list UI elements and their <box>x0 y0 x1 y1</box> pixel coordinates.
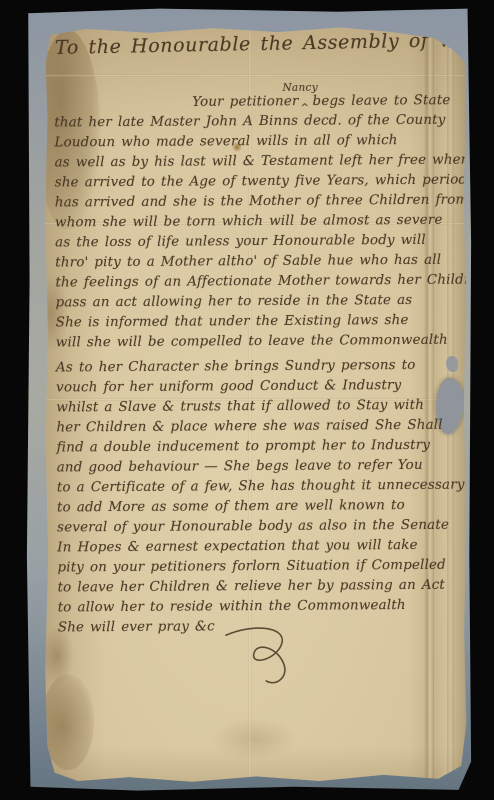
closing-text: She will ever pray &c <box>58 619 215 635</box>
water-stain <box>212 718 296 760</box>
manuscript-line: As to her Character she brings Sundry pe… <box>56 356 464 379</box>
manuscript-line: will she will be compelled to leave the … <box>56 331 464 354</box>
manuscript-line: the feelings of an Affectionate Mother t… <box>55 271 463 294</box>
fold-crease <box>44 74 468 77</box>
opening-after: begs leave to State <box>312 93 450 109</box>
closing-line: She will ever pray &c <box>58 616 466 639</box>
manuscript-line: as the loss of life unless your Honourab… <box>55 231 463 254</box>
manuscript-line: She is informed that under the Existing … <box>56 311 464 334</box>
manuscript-line: thro' pity to a Mother altho' of Sable h… <box>55 251 463 274</box>
paragraph-1: that her late Master John A Binns decd. … <box>54 111 464 354</box>
manuscript-line: several of your Honourable body as also … <box>57 516 465 539</box>
opening-line: Your petitionerNancy^begs leave to State <box>54 91 462 114</box>
manuscript-line: and good behaviour — She begs leave to r… <box>57 456 465 479</box>
manuscript-line: has arrived and she is the Mother of thr… <box>55 191 463 214</box>
manuscript-line: to a Certificate of a few, She has thoug… <box>57 476 465 499</box>
manuscript-line: In Hopes & earnest expectation that you … <box>57 536 465 559</box>
petition-body: Your petitionerNancy^begs leave to State… <box>54 91 466 639</box>
manuscript-line: to leave her Children & relieve her by p… <box>57 576 465 599</box>
manuscript-line: to allow her to reside within the Common… <box>58 596 466 619</box>
manuscript-line: find a double inducement to prompt her t… <box>57 436 465 459</box>
manuscript-line: to add More as some of them are well kno… <box>57 496 465 519</box>
manuscript-paper: To the Honourable the Assembly of Virgin… <box>44 26 468 784</box>
manuscript-line: her Children & place where she was raise… <box>56 416 464 439</box>
manuscript-line: pass an act allowing her to reside in th… <box>55 291 463 314</box>
pen-flourish-icon <box>220 627 316 690</box>
scanned-manuscript-page: To the Honourable the Assembly of Virgin… <box>0 0 494 800</box>
insertion-caret-icon: ^ <box>301 99 310 119</box>
water-stain <box>44 674 94 770</box>
inserted-name: Nancy <box>282 78 318 98</box>
manuscript-line: vouch for her uniform good Conduct & Ind… <box>56 376 464 399</box>
manuscript-line: she arrived to the Age of twenty five Ye… <box>55 171 463 194</box>
manuscript-line: as well as by his last will & Testament … <box>55 151 463 174</box>
interlinear-insertion: Nancy^ <box>298 92 312 105</box>
manuscript-line: whilst a Slave & trusts that if allowed … <box>56 396 464 419</box>
manuscript-line: pity on your petitioners forlorn Situati… <box>57 556 465 579</box>
paragraph-2: As to her Character she brings Sundry pe… <box>56 356 466 619</box>
manuscript-line: Loudoun who made several wills in all of… <box>54 131 462 154</box>
manuscript-line: that her late Master John A Binns decd. … <box>54 111 462 134</box>
